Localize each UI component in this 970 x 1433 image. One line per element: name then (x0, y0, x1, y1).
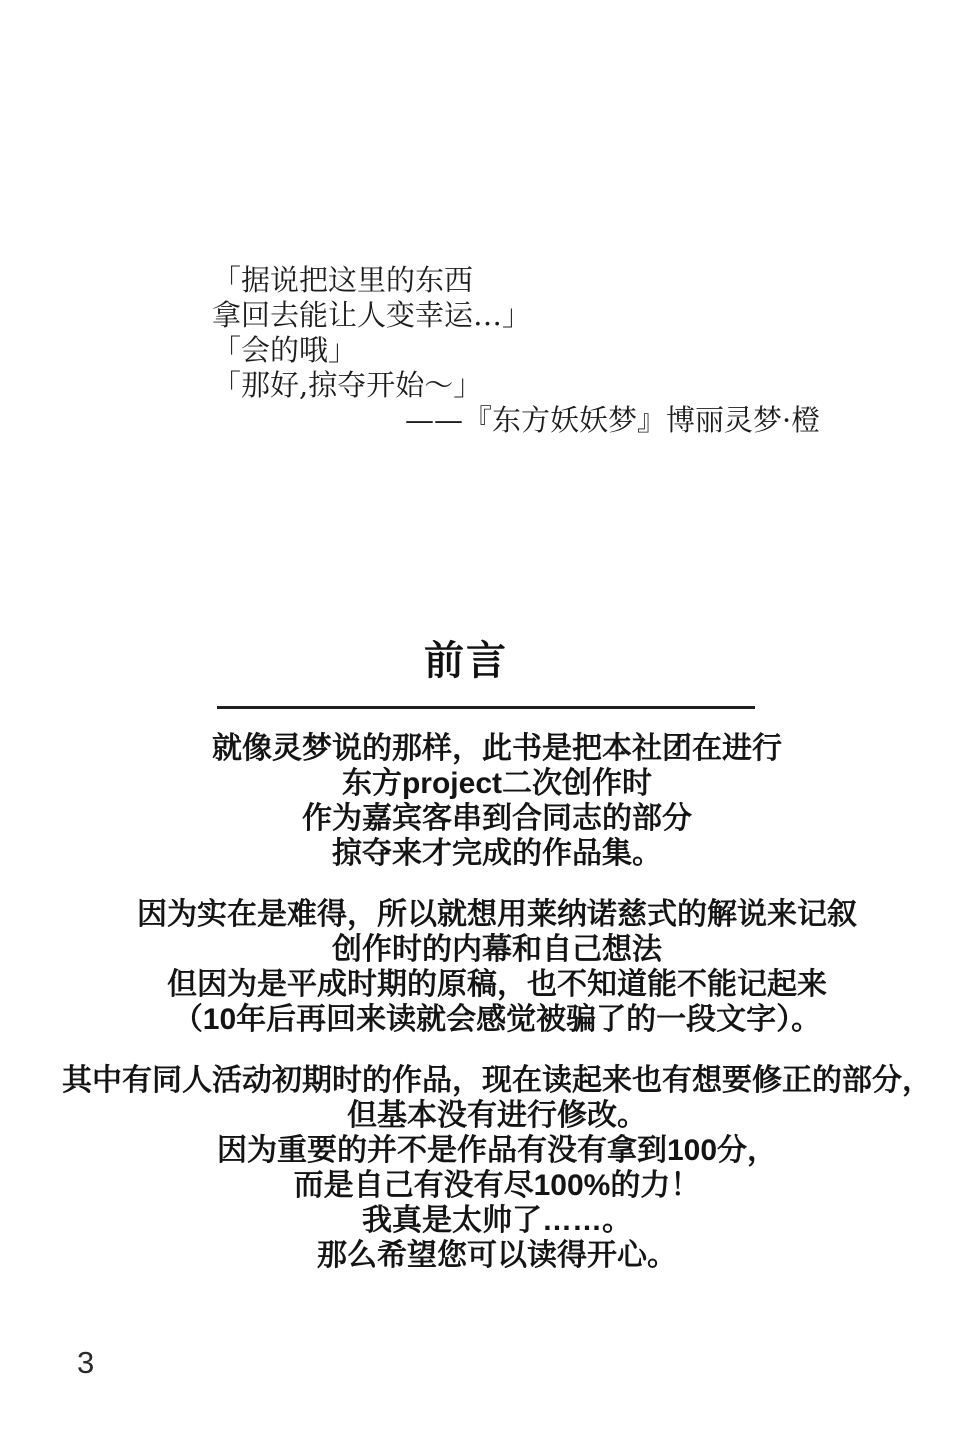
text-line: 「据说把这里的东西 (212, 263, 820, 298)
text-line: 就像灵梦说的那样，此书是把本社团在进行 (24, 731, 970, 766)
quote-attribution: ——『东方妖妖梦』博丽灵梦·橙 (405, 403, 820, 438)
text-line: 创作时的内幕和自己想法 (24, 932, 970, 967)
text-line: 「那好,掠夺开始〜」 (212, 368, 820, 403)
text-line: 而是自己有没有尽100%的力！ (24, 1168, 970, 1203)
opening-quote: 「据说把这里的东西拿回去能让人变幸运…」「会的哦」「那好,掠夺开始〜」 ——『东… (212, 263, 820, 438)
preface-body: 就像灵梦说的那样，此书是把本社团在进行东方project二次创作时作为嘉宾客串到… (24, 731, 970, 1273)
quote-lines: 「据说把这里的东西拿回去能让人变幸运…」「会的哦」「那好,掠夺开始〜」 (212, 263, 820, 403)
text-line: 「会的哦」 (212, 333, 820, 368)
paragraph: 其中有同人活动初期时的作品，现在读起来也有想要修正的部分，但基本没有进行修改。因… (24, 1063, 970, 1273)
text-line: 东方project二次创作时 (24, 766, 970, 801)
text-line: 拿回去能让人变幸运…」 (212, 298, 820, 333)
paragraph: 就像灵梦说的那样，此书是把本社团在进行东方project二次创作时作为嘉宾客串到… (24, 731, 970, 871)
text-line: 掠夺来才完成的作品集。 (24, 836, 970, 871)
preface-title: 前言 (197, 637, 735, 685)
preface-page: 「据说把这里的东西拿回去能让人变幸运…」「会的哦」「那好,掠夺开始〜」 ——『东… (0, 0, 970, 1433)
text-line: 但基本没有进行修改。 (24, 1098, 970, 1133)
text-line: 因为实在是难得，所以就想用莱纳诺慈式的解说来记叙 (24, 897, 970, 932)
text-line: 其中有同人活动初期时的作品，现在读起来也有想要修正的部分， (24, 1063, 970, 1098)
paragraph: 因为实在是难得，所以就想用莱纳诺慈式的解说来记叙创作时的内幕和自己想法但因为是平… (24, 897, 970, 1037)
text-line: 我真是太帅了……。 (24, 1203, 970, 1238)
title-underline (217, 706, 755, 709)
text-line: 但因为是平成时期的原稿，也不知道能不能记起来 (24, 967, 970, 1002)
text-line: 那么希望您可以读得开心。 (24, 1238, 970, 1273)
page-number: 3 (77, 1346, 94, 1380)
text-line: 因为重要的并不是作品有没有拿到100分， (24, 1133, 970, 1168)
text-line: 作为嘉宾客串到合同志的部分 (24, 801, 970, 836)
text-line: （10年后再回来读就会感觉被骗了的一段文字）。 (24, 1002, 970, 1037)
